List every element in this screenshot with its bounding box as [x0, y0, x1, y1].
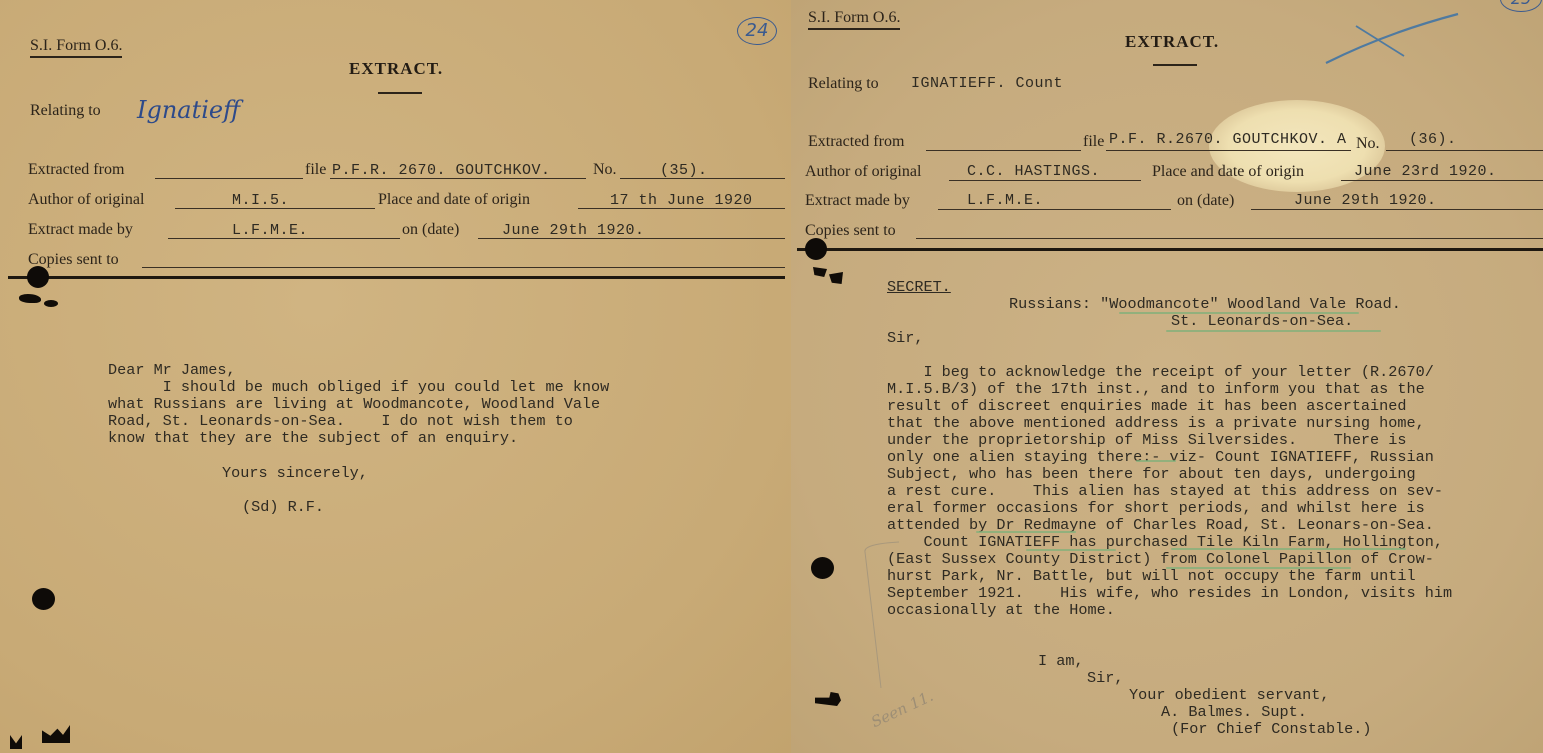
copies-line: [142, 267, 785, 268]
no-label: No.: [1356, 135, 1380, 153]
file-value: P.F. R.2670. GOUTCHKOV. A: [1109, 131, 1347, 148]
file-label: file: [1083, 133, 1104, 151]
letter-body-line: attended by Dr Redmayne of Charles Road,…: [887, 517, 1434, 534]
pencil-cross-mark-icon: [1316, 8, 1466, 68]
letter-body-line: know that they are the subject of an enq…: [108, 430, 518, 447]
subject-line-2: St. Leonards-on-Sea.: [1171, 313, 1353, 330]
no-value: (36).: [1409, 131, 1457, 148]
place-date-label: Place and date of origin: [378, 191, 530, 209]
relating-to-value: IGNATIEFF. Count: [911, 75, 1063, 92]
place-date-value: 17 th June 1920: [610, 192, 753, 209]
form-id: S.I. Form O.6.: [808, 9, 900, 30]
author-label: Author of original: [28, 191, 144, 209]
letter-body-line: Road, St. Leonards-on-Sea. I do not wish…: [108, 413, 573, 430]
header-divider: [797, 248, 1543, 251]
author-value: C.C. HASTINGS.: [967, 163, 1100, 180]
green-underline: [1171, 548, 1406, 550]
folio-number: 24: [737, 17, 777, 45]
extract-made-by-label: Extract made by: [28, 221, 133, 239]
letter-closing-2: Sir,: [1087, 670, 1123, 687]
on-date-line: [478, 238, 785, 239]
green-underline: [1136, 460, 1176, 462]
green-underline: [1166, 330, 1381, 332]
green-underline: [1166, 567, 1351, 569]
place-date-line: [578, 208, 785, 209]
letter-body-line: a rest cure. This alien has stayed at th…: [887, 483, 1443, 500]
extracted-from-line: [926, 150, 1081, 151]
letter-salutation: Sir,: [887, 330, 923, 347]
author-line: [175, 208, 375, 209]
form-id: S.I. Form O.6.: [30, 37, 122, 58]
header-divider: [8, 276, 785, 279]
extract-title: EXTRACT.: [349, 59, 443, 79]
letter-body-line: I should be much obliged if you could le…: [108, 379, 609, 396]
letter-body-line: hurst Park, Nr. Battle, but will not occ…: [887, 568, 1416, 585]
extracted-from-line: [155, 178, 303, 179]
extract-made-by-value: L.F.M.E.: [967, 192, 1043, 209]
on-date-value: June 29th 1920.: [502, 222, 645, 239]
letter-body-line: only one alien staying there:- viz- Coun…: [887, 449, 1434, 466]
letter-closing: Yours sincerely,: [222, 465, 368, 482]
green-underline: [1026, 549, 1116, 551]
letter-signature-title: (For Chief Constable.): [1171, 721, 1372, 738]
torn-edge: [815, 692, 841, 706]
extracted-from-label: Extracted from: [28, 161, 124, 179]
extract-made-by-line: [168, 238, 400, 239]
place-date-label: Place and date of origin: [1152, 163, 1304, 181]
no-line: [620, 178, 785, 179]
extract-made-by-label: Extract made by: [805, 192, 910, 210]
green-underline: [1119, 312, 1359, 314]
torn-edge: [42, 725, 70, 743]
extract-title: EXTRACT.: [1125, 32, 1219, 52]
subject-line-1: Russians: "Woodmancote" Woodland Vale Ro…: [1009, 296, 1401, 313]
letter-body-line: occasionally at the Home.: [887, 602, 1115, 619]
punch-hole: [811, 557, 834, 579]
author-label: Author of original: [805, 163, 921, 181]
torn-edge: [829, 272, 843, 284]
letter-signature: (Sd) R.F.: [242, 499, 324, 516]
torn-edge: [10, 735, 22, 749]
letter-body-line: I beg to acknowledge the receipt of your…: [887, 364, 1434, 381]
punch-hole: [32, 588, 55, 610]
letter-body-line: (East Sussex County District) from Colon…: [887, 551, 1434, 568]
author-line: [949, 180, 1141, 181]
left-document-page: S.I. Form O.6. 24 EXTRACT. Relating to I…: [0, 0, 791, 753]
extracted-from-label: Extracted from: [808, 133, 904, 151]
extract-made-by-value: L.F.M.E.: [232, 222, 308, 239]
on-date-label: on (date): [1177, 192, 1234, 210]
on-date-line: [1251, 209, 1543, 210]
file-label: file: [305, 161, 326, 179]
place-date-line: [1341, 180, 1543, 181]
relating-to-label: Relating to: [30, 102, 101, 120]
letter-body-line: eral former occasions for short periods,…: [887, 500, 1425, 517]
title-rule: [1153, 64, 1197, 66]
letter-body-line: Subject, who has been there for about te…: [887, 466, 1416, 483]
relating-to-value: Ignatieff: [137, 96, 240, 124]
relating-to-label: Relating to: [808, 75, 879, 93]
copies-line: [916, 238, 1543, 239]
file-value: P.F.R. 2670. GOUTCHKOV.: [332, 162, 551, 179]
extract-made-by-line: [938, 209, 1171, 210]
no-label: No.: [593, 161, 617, 179]
green-underline: [976, 531, 1076, 533]
on-date-value: June 29th 1920.: [1294, 192, 1437, 209]
folio-number: 25: [1500, 0, 1542, 12]
letter-signature: A. Balmes. Supt.: [1161, 704, 1307, 721]
on-date-label: on (date): [402, 221, 459, 239]
punch-hole: [805, 238, 827, 260]
copies-sent-to-label: Copies sent to: [805, 222, 896, 240]
no-value: (35).: [660, 162, 708, 179]
no-line: [1386, 150, 1543, 151]
torn-edge: [44, 300, 58, 307]
letter-body-line: M.I.5.B/3) of the 17th inst., and to inf…: [887, 381, 1425, 398]
letter-body-line: what Russians are living at Woodmancote,…: [108, 396, 600, 413]
letter-salutation: Dear Mr James,: [108, 362, 236, 379]
file-line: [1106, 150, 1351, 151]
file-line: [330, 178, 586, 179]
letter-closing-1: I am,: [1038, 653, 1084, 670]
torn-edge: [19, 294, 41, 303]
letter-body-line: that the above mentioned address is a pr…: [887, 415, 1425, 432]
letter-closing-3: Your obedient servant,: [1129, 687, 1330, 704]
right-document-page: S.I. Form O.6. 25 EXTRACT. Relating to I…: [791, 0, 1543, 753]
torn-edge: [813, 267, 827, 277]
author-value: M.I.5.: [232, 192, 289, 209]
letter-body-line: result of discreet enquiries made it has…: [887, 398, 1407, 415]
classification-mark: SECRET.: [887, 279, 951, 296]
letter-body-line: under the proprietorship of Miss Silvers…: [887, 432, 1407, 449]
title-rule: [378, 92, 422, 94]
place-date-value: June 23rd 1920.: [1354, 163, 1497, 180]
punch-hole: [27, 266, 49, 288]
letter-body-line: September 1921. His wife, who resides in…: [887, 585, 1452, 602]
